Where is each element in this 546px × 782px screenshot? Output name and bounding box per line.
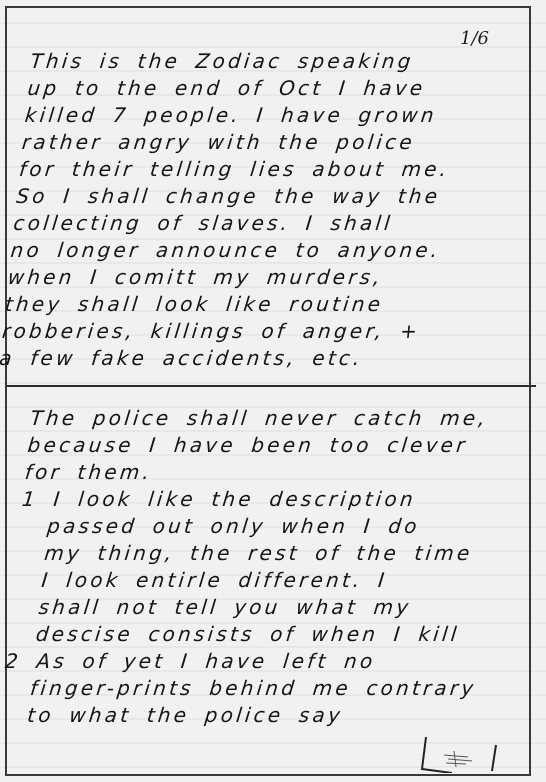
letter-line: I look entirle different. I	[12, 567, 509, 594]
letter-line: passed out only when I do	[18, 513, 515, 540]
letter-line: my thing, the rest of the time	[15, 540, 512, 567]
letter-line: 1 I look like the description	[21, 486, 518, 513]
letter-line: for their telling lies about me.	[18, 156, 515, 183]
letter-line: up to the end of Oct I have	[26, 75, 523, 102]
section-divider	[6, 385, 536, 387]
letter-line: killed 7 people. I have grown	[23, 102, 520, 129]
letter-line: descise consists of when I kill	[6, 621, 503, 648]
letter-line: for them.	[23, 459, 520, 486]
letter-line: to what the police say	[0, 702, 495, 729]
letter-line: robberies, killings of anger, +	[1, 318, 498, 345]
letter-line: they shall look like routine	[4, 291, 501, 318]
letter-line: no longer announce to anyone.	[9, 237, 506, 264]
letter-line: when I comitt my murders,	[6, 264, 503, 291]
letter-line: finger-prints behind me contrary	[1, 675, 498, 702]
letter-line: a few fake accidents, etc.	[0, 345, 495, 372]
letter-line: This is the Zodiac speaking	[29, 48, 526, 75]
letter-line: collecting of slaves. I shall	[12, 210, 509, 237]
letter-line: shall not tell you what my	[9, 594, 506, 621]
letter-line: rather angry with the police	[21, 129, 518, 156]
letter-section-1: This is the Zodiac speakingup to the end…	[0, 48, 526, 372]
letter-line: because I have been too clever	[26, 432, 523, 459]
letter-line: The police shall never catch me,	[29, 405, 526, 432]
letter-line: 2 As of yet I have left no	[4, 648, 501, 675]
page-number: 1/6	[460, 28, 489, 49]
letter-line: So I shall change the way the	[15, 183, 512, 210]
bracket-scribble-mark-icon	[418, 733, 502, 773]
letter-section-2: The police shall never catch me,because …	[0, 405, 526, 729]
